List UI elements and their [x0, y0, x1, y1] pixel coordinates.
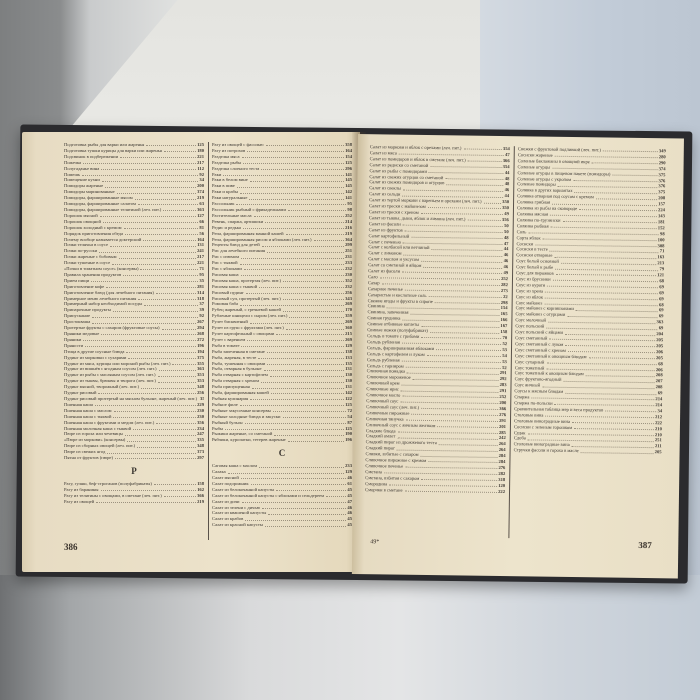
dot-leader — [421, 476, 497, 481]
dot-leader — [421, 257, 503, 263]
dot-leader — [545, 288, 658, 294]
dot-leader — [554, 253, 656, 259]
dot-leader — [413, 375, 499, 381]
dot-leader — [565, 389, 657, 395]
dot-leader — [430, 163, 501, 168]
dot-leader — [545, 294, 658, 300]
dot-leader — [112, 260, 196, 264]
entry-title: Стручки фасоли и гороха в масле — [514, 447, 579, 454]
dot-leader — [162, 325, 197, 329]
dot-leader — [544, 300, 658, 306]
dot-leader — [314, 237, 345, 241]
dot-leader — [276, 331, 344, 335]
dot-leader — [384, 469, 498, 475]
dot-leader — [397, 446, 498, 452]
dot-leader — [326, 493, 346, 497]
dot-leader — [542, 383, 655, 389]
dot-leader — [143, 237, 196, 241]
dot-leader — [140, 266, 198, 270]
dot-leader — [429, 169, 504, 174]
dot-leader — [406, 416, 499, 422]
dot-leader — [423, 263, 502, 269]
dot-leader — [439, 440, 498, 445]
dot-leader — [137, 443, 196, 447]
dot-leader — [105, 183, 196, 187]
dot-leader — [101, 331, 196, 335]
dot-leader — [83, 160, 196, 164]
dot-leader — [274, 431, 344, 435]
dot-leader — [156, 290, 196, 294]
index-entry: Стручки фасоли и гороха в масле205 — [514, 447, 662, 455]
dot-leader — [250, 396, 344, 400]
dot-leader — [125, 431, 196, 435]
entry-page-number: 297 — [197, 455, 204, 461]
dot-leader — [101, 166, 196, 170]
dot-leader — [405, 464, 497, 470]
dot-leader — [241, 475, 347, 479]
dot-leader — [406, 363, 502, 369]
dot-leader — [240, 402, 344, 406]
dot-leader — [430, 328, 500, 333]
dot-leader — [565, 330, 655, 336]
dot-leader — [158, 378, 196, 382]
dot-leader — [241, 343, 344, 347]
column-divider — [208, 142, 209, 540]
dot-leader — [421, 210, 504, 216]
dot-leader — [410, 310, 499, 316]
index-column-right-2: Снежки с фруктовой подливкой (леч. пит.)… — [514, 146, 666, 455]
dot-leader — [264, 366, 345, 370]
dot-leader — [436, 346, 501, 351]
dot-leader — [101, 487, 197, 491]
dot-leader — [402, 357, 502, 363]
dot-leader — [399, 150, 504, 156]
dot-leader — [237, 183, 344, 187]
dot-leader — [283, 307, 344, 311]
dot-leader — [117, 189, 196, 193]
dot-leader — [568, 348, 655, 354]
dot-leader — [421, 452, 498, 457]
dot-leader — [468, 157, 502, 162]
dot-leader — [103, 219, 199, 223]
dot-leader — [561, 259, 657, 265]
dot-leader — [404, 251, 503, 257]
dot-leader — [283, 278, 344, 282]
background-white-fabric — [60, 0, 480, 140]
dot-leader — [402, 192, 503, 198]
entry-title: Сморчки в сметане — [365, 487, 403, 493]
dot-leader — [592, 159, 658, 164]
dot-leader — [407, 369, 499, 375]
dot-leader — [549, 336, 655, 342]
dot-leader — [262, 242, 344, 246]
dot-leader — [603, 147, 658, 152]
dot-leader — [133, 426, 196, 430]
dot-leader — [259, 463, 344, 467]
dot-leader — [92, 313, 198, 317]
dot-leader — [163, 207, 196, 211]
dot-leader — [543, 235, 657, 241]
dot-leader — [250, 319, 344, 323]
dot-leader — [223, 172, 344, 176]
dot-leader — [402, 393, 498, 399]
dot-leader — [240, 189, 344, 193]
dot-leader — [552, 164, 657, 170]
dot-leader — [550, 247, 659, 253]
dot-leader — [250, 177, 344, 181]
dot-leader — [261, 166, 344, 170]
dot-leader — [119, 254, 197, 258]
dot-leader — [82, 172, 198, 176]
dot-leader — [146, 142, 196, 146]
dot-leader — [267, 349, 344, 353]
dot-leader — [172, 361, 196, 365]
dot-leader — [249, 195, 344, 199]
dot-leader — [156, 420, 196, 424]
dot-leader — [265, 522, 346, 526]
dot-leader — [403, 239, 503, 245]
dot-leader — [421, 405, 498, 410]
dot-leader — [273, 408, 347, 412]
page-number-right: 387 — [638, 540, 652, 550]
dot-leader — [247, 337, 344, 341]
dot-leader — [546, 359, 657, 365]
dot-leader — [403, 186, 504, 192]
left-page: Подготовка рыбы для варки или жаренья125… — [22, 132, 360, 572]
dot-leader — [241, 254, 344, 258]
dot-leader — [276, 487, 346, 491]
dot-leader — [402, 381, 499, 387]
dot-leader — [545, 412, 654, 418]
dot-leader — [98, 390, 196, 394]
dot-leader — [164, 493, 196, 497]
dot-leader — [288, 207, 346, 211]
dot-leader — [411, 233, 503, 239]
dot-leader — [245, 420, 347, 424]
background-table-surface — [0, 575, 700, 700]
dot-leader — [259, 284, 344, 288]
dot-leader — [405, 487, 498, 493]
dot-leader — [389, 481, 497, 487]
dot-leader — [547, 282, 658, 288]
dot-leader — [286, 231, 345, 235]
dot-leader — [605, 407, 656, 412]
dot-leader — [382, 280, 500, 286]
dot-leader — [120, 154, 196, 158]
dot-leader — [446, 181, 503, 186]
dot-leader — [125, 231, 198, 235]
dot-leader — [107, 449, 196, 453]
right-page: Салат из моркови и яблок с орехами (леч.… — [352, 134, 684, 579]
dot-leader — [102, 177, 199, 181]
dot-leader — [127, 437, 196, 441]
entry-page-number: 222 — [498, 489, 505, 495]
index-entry: Пятна от фруктов (пюре)297 — [64, 455, 204, 461]
dot-leader — [428, 458, 497, 463]
dot-leader — [262, 505, 346, 509]
column-divider — [508, 146, 514, 538]
entry-title: Пятна от фруктов (пюре) — [64, 455, 113, 461]
dot-leader — [95, 402, 196, 406]
dot-leader — [552, 200, 657, 206]
dot-leader — [144, 301, 198, 305]
dot-leader — [240, 260, 345, 264]
dot-leader — [550, 212, 657, 218]
dot-leader — [428, 293, 502, 298]
dot-leader — [241, 272, 345, 276]
dot-leader — [246, 290, 344, 294]
dot-leader — [236, 201, 346, 205]
index-entry: Сморчки в сметане222 — [365, 487, 505, 495]
dot-leader — [421, 334, 501, 340]
dot-leader — [96, 499, 196, 503]
dot-leader — [467, 216, 501, 221]
entry-page-number: 219 — [197, 499, 204, 505]
dot-leader — [564, 377, 655, 383]
dot-leader — [124, 225, 199, 229]
dot-leader — [558, 182, 658, 188]
dot-leader — [586, 372, 655, 377]
dot-leader — [572, 419, 654, 425]
dot-leader — [265, 219, 344, 223]
dot-leader — [271, 390, 344, 394]
page-number-left: 386 — [64, 542, 78, 552]
dot-leader — [421, 322, 499, 327]
dot-leader — [387, 304, 500, 310]
dot-leader — [463, 145, 502, 150]
dot-leader — [437, 423, 498, 428]
dot-leader — [135, 195, 196, 199]
dot-leader — [85, 343, 196, 347]
dot-leader — [427, 352, 502, 357]
dot-leader — [567, 312, 658, 318]
index-column-left-1: Подготовка рыбы для варки или жаренья125… — [64, 142, 204, 505]
dot-leader — [261, 378, 344, 382]
dot-leader — [243, 160, 344, 164]
dot-leader — [403, 221, 503, 227]
dot-leader — [228, 469, 344, 473]
dot-leader — [110, 242, 196, 246]
dot-leader — [596, 195, 658, 200]
signature-mark: 49* — [370, 539, 379, 545]
dot-leader — [113, 307, 199, 311]
dot-leader — [138, 201, 199, 205]
index-column-left-2: Рагу из овощей с фасолью358Рагу из потро… — [212, 142, 352, 528]
dot-leader — [581, 448, 654, 453]
dot-leader — [128, 355, 196, 359]
dot-leader — [288, 437, 344, 441]
dot-leader — [402, 340, 502, 346]
dot-leader — [267, 248, 344, 252]
entry-title: Рябчики, куропатки, тетерев жареные — [212, 437, 286, 443]
dot-leader — [242, 499, 347, 503]
dot-leader — [589, 354, 656, 359]
dot-leader — [154, 481, 196, 485]
dot-leader — [579, 206, 657, 211]
dot-leader — [402, 316, 499, 322]
dot-leader — [243, 225, 344, 229]
dot-leader — [270, 372, 344, 376]
dot-leader — [612, 171, 657, 176]
dot-leader — [91, 278, 198, 282]
dot-leader — [159, 366, 197, 370]
dot-leader — [266, 142, 345, 146]
dot-leader — [546, 324, 658, 330]
dot-leader — [245, 516, 346, 520]
index-entry: Рябчики, куропатки, тетерев жареные196 — [212, 437, 352, 443]
entry-page-number: 196 — [345, 437, 352, 443]
dot-leader — [555, 401, 655, 407]
dot-leader — [565, 342, 655, 348]
dot-leader — [402, 269, 502, 275]
dot-leader — [551, 223, 657, 229]
entry-title: Салат из красной капусты — [212, 522, 263, 528]
index-column-right-1: Салат из моркови и яблок с орехами (леч.… — [365, 144, 510, 494]
dot-leader — [126, 349, 196, 353]
dot-leader — [428, 204, 502, 209]
dot-leader — [92, 319, 196, 323]
dot-leader — [576, 307, 658, 313]
dot-leader — [114, 408, 197, 412]
dot-leader — [555, 153, 658, 159]
entry-title: Рагу из овощей — [64, 499, 94, 505]
dot-leader — [138, 296, 196, 300]
section-letter: Р — [64, 464, 204, 478]
dot-leader — [484, 199, 502, 204]
dot-leader — [405, 227, 503, 233]
dot-leader — [546, 365, 655, 371]
section-letter: С — [212, 446, 352, 460]
dot-leader — [400, 399, 498, 405]
dot-leader — [401, 387, 499, 393]
dot-leader — [283, 296, 344, 300]
dot-leader — [555, 265, 658, 271]
dot-leader — [445, 175, 504, 180]
dot-leader — [242, 154, 345, 158]
dot-leader — [435, 299, 500, 304]
dot-leader — [283, 414, 347, 418]
dot-leader — [225, 426, 344, 430]
dot-leader — [553, 277, 659, 283]
dot-leader — [244, 266, 344, 270]
dot-leader — [572, 442, 654, 448]
dot-leader — [123, 272, 198, 276]
dot-leader — [258, 355, 344, 359]
dot-leader — [247, 148, 344, 152]
dot-leader — [99, 248, 196, 252]
dot-leader — [252, 384, 344, 388]
dot-leader — [141, 384, 196, 388]
dot-leader — [267, 361, 344, 365]
dot-leader — [164, 148, 196, 152]
entry-page-number: 205 — [655, 449, 662, 455]
dot-leader — [397, 434, 498, 440]
dot-leader — [574, 425, 654, 431]
dot-leader — [254, 213, 345, 217]
dot-leader — [405, 286, 500, 292]
index-entry: Салат из красной капусты45 — [212, 522, 352, 528]
index-entry: Рагу из овощей219 — [64, 499, 204, 505]
dot-leader — [562, 218, 656, 224]
dot-leader — [286, 325, 344, 329]
dot-leader — [268, 510, 346, 514]
dot-leader — [158, 372, 197, 376]
dot-leader — [240, 301, 344, 305]
dot-leader — [556, 271, 657, 277]
dot-leader — [83, 337, 196, 341]
dot-leader — [115, 455, 196, 459]
dot-leader — [100, 213, 196, 217]
dot-leader — [106, 284, 196, 288]
dot-leader — [398, 428, 498, 434]
dot-leader — [251, 481, 347, 485]
dot-leader — [113, 414, 196, 418]
dot-leader — [573, 177, 657, 183]
dot-leader — [411, 411, 498, 417]
dot-leader — [431, 245, 502, 250]
dot-leader — [289, 313, 344, 317]
dot-leader — [548, 318, 656, 324]
dot-leader — [574, 188, 657, 194]
